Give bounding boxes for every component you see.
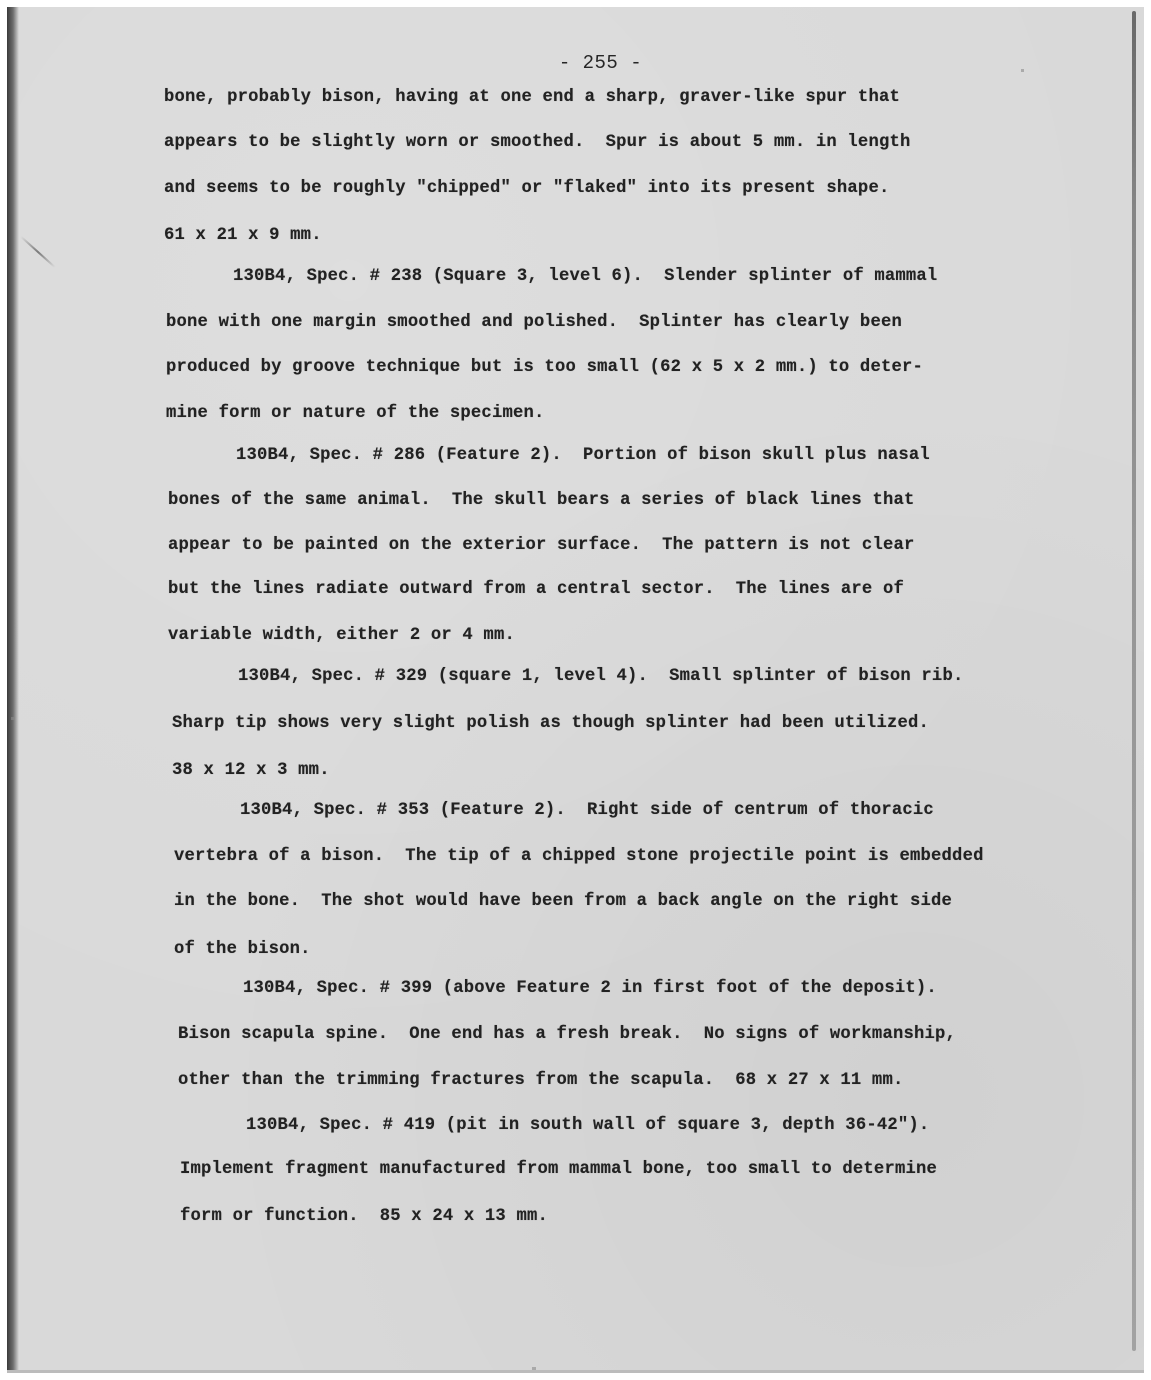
text-line: of the bison.: [174, 940, 311, 959]
text-line: in the bone. The shot would have been fr…: [174, 892, 952, 911]
text-line: 130B4, Spec. # 399 (above Feature 2 in f…: [243, 979, 937, 998]
text-line: 61 x 21 x 9 mm.: [164, 226, 322, 245]
text-line: mine form or nature of the specimen.: [166, 404, 545, 423]
text-line: but the lines radiate outward from a cen…: [168, 580, 904, 599]
text-line: Implement fragment manufactured from mam…: [180, 1160, 937, 1179]
text-line: bone with one margin smoothed and polish…: [166, 313, 902, 332]
text-line: 130B4, Spec. # 329 (square 1, level 4). …: [238, 667, 963, 686]
text-line: form or function. 85 x 24 x 13 mm.: [180, 1207, 548, 1226]
text-line: 38 x 12 x 3 mm.: [172, 761, 330, 780]
text-line: variable width, either 2 or 4 mm.: [168, 626, 515, 645]
text-line: 130B4, Spec. # 238 (Square 3, level 6). …: [233, 267, 937, 286]
text-line: 130B4, Spec. # 353 (Feature 2). Right si…: [240, 801, 934, 820]
text-line: bone, probably bison, having at one end …: [164, 88, 900, 107]
text-line: appears to be slightly worn or smoothed.…: [164, 133, 911, 152]
text-line: 130B4, Spec. # 419 (pit in south wall of…: [246, 1116, 929, 1135]
text-line: vertebra of a bison. The tip of a chippe…: [174, 847, 984, 866]
document-body-text: bone, probably bison, having at one end …: [7, 7, 1144, 1373]
text-line: Sharp tip shows very slight polish as th…: [172, 714, 929, 733]
text-line: Bison scapula spine. One end has a fresh…: [178, 1025, 956, 1044]
text-line: 130B4, Spec. # 286 (Feature 2). Portion …: [236, 446, 930, 465]
text-line: appear to be painted on the exterior sur…: [168, 536, 915, 555]
text-line: bones of the same animal. The skull bear…: [168, 491, 915, 510]
text-line: other than the trimming fractures from t…: [178, 1071, 903, 1090]
text-line: and seems to be roughly "chipped" or "fl…: [164, 179, 889, 198]
text-line: produced by groove technique but is too …: [166, 358, 923, 377]
scanned-document-page: - 255 - bone, probably bison, having at …: [7, 7, 1144, 1373]
